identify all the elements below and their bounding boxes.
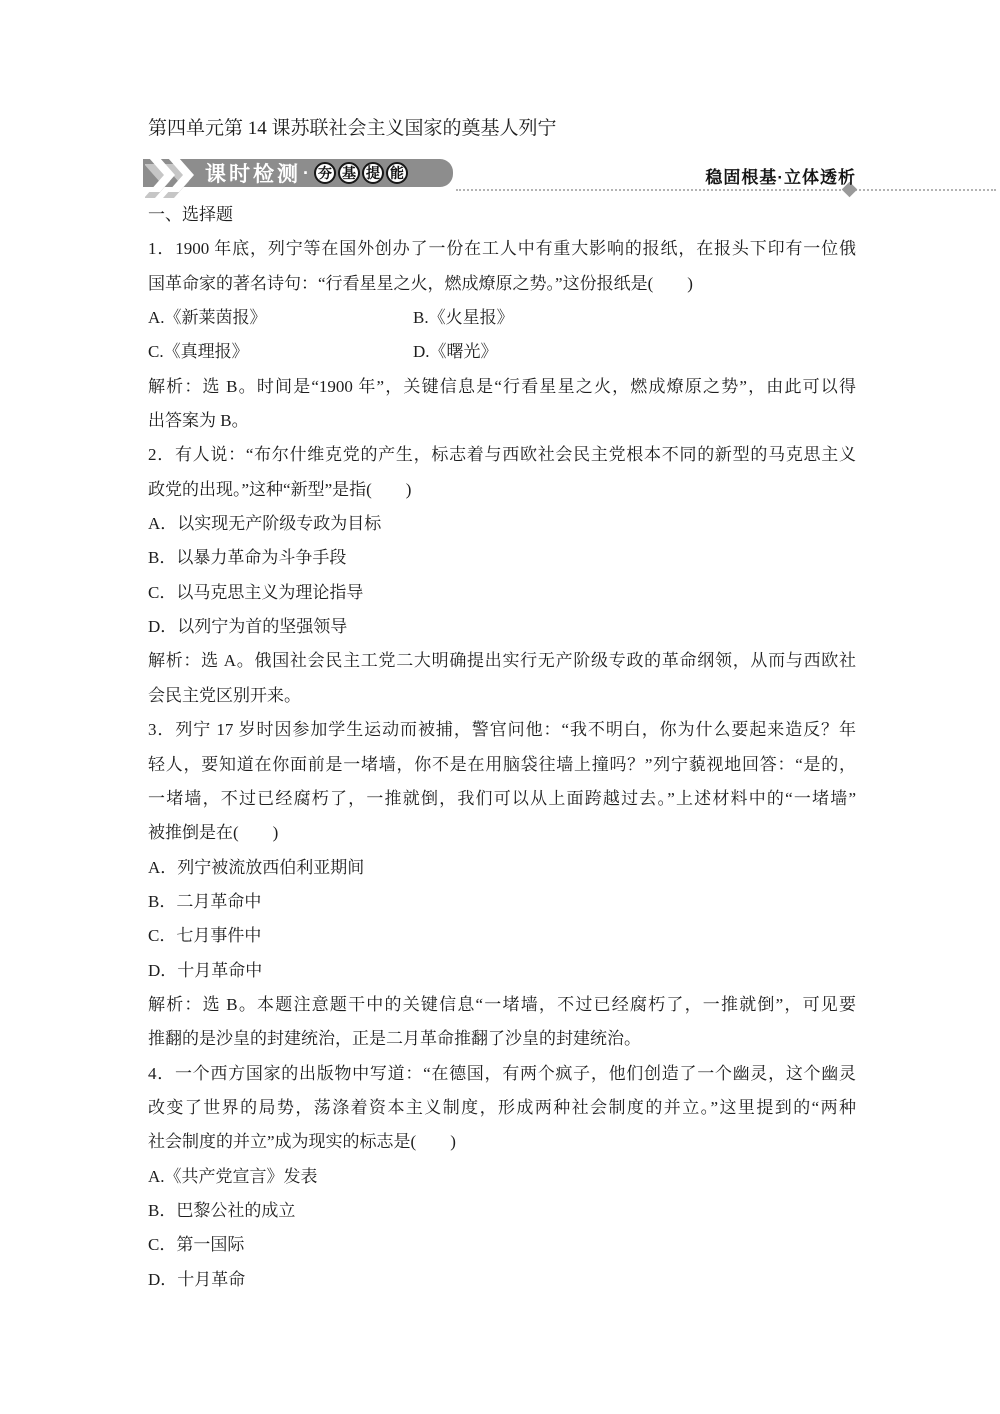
q4-stem-line-2: 改变了世界的局势，荡涤着资本主义制度，形成两种社会制度的并立。”这里提到的“两种	[148, 1091, 856, 1125]
q3-stem-line-3: 一堵墙，不过已经腐朽了，一推就倒，我们可以从上面跨越过去。”上述材料中的“一堵墙…	[148, 782, 856, 816]
circled-char: 基	[338, 162, 360, 184]
q2-option-b: B．以暴力革命为斗争手段	[148, 541, 856, 575]
q3-stem-line-2: 轻人，要知道在你面前是一堵墙，你不是在用脑袋往墙上撞吗？”列宁藐视地回答：“是的…	[148, 748, 856, 782]
q1-stem-line-1: 1．1900 年底，列宁等在国外创办了一份在工人中有重大影响的报纸，在报头下印有…	[148, 232, 856, 266]
q1-option-a: A.《新莱茵报》	[148, 301, 413, 335]
q3-option-c: C．七月事件中	[148, 919, 856, 953]
q4-stem-line-3: 社会制度的并立”成为现实的标志是( )	[148, 1125, 856, 1159]
q2-analysis-line-1: 解析：选 A。俄国社会民主工党二大明确提出实行无产阶级专政的革命纲领，从而与西欧…	[148, 644, 856, 678]
q4-option-a: A.《共产党宣言》发表	[148, 1160, 856, 1194]
q1-analysis-line-1: 解析：选 B。时间是“1900 年”，关键信息是“行看星星之火，燃成燎原之势”，…	[148, 370, 856, 404]
q2-option-c: C．以马克思主义为理论指导	[148, 576, 856, 610]
q4-option-d: D．十月革命	[148, 1263, 856, 1297]
circled-char: 夯	[314, 162, 336, 184]
q3-analysis-line-2: 推翻的是沙皇的封建统治，正是二月革命推翻了沙皇的封建统治。	[148, 1022, 856, 1056]
chevron-icon	[145, 155, 203, 201]
q4-option-b: B．巴黎公社的成立	[148, 1194, 856, 1228]
page-title: 第四单元第 14 课苏联社会主义国家的奠基人列宁	[148, 117, 557, 141]
q1-option-c: C.《真理报》	[148, 335, 413, 369]
worksheet-page: 第四单元第 14 课苏联社会主义国家的奠基人列宁 课时检测 · 夯 基 提 能 …	[148, 0, 856, 1414]
q2-analysis-line-2: 会民主党区别开来。	[148, 679, 856, 713]
q4-option-c: C．第一国际	[148, 1228, 856, 1262]
banner-separator-dot: ·	[303, 163, 309, 184]
q2-stem-line-2: 政党的出现。”这种“新型”是指( )	[148, 473, 856, 507]
q1-options-row-1: A.《新莱茵报》 B.《火星报》	[148, 301, 856, 335]
banner-tagline: 稳固根基·立体透析	[705, 163, 856, 188]
banner-title: 课时检测	[205, 158, 301, 188]
q1-analysis-line-2: 出答案为 B。	[148, 404, 856, 438]
q1-option-d: D.《曙光》	[413, 335, 856, 369]
q3-stem-line-1: 3．列宁 17 岁时因参加学生运动而被捕，警官问他：“我不明白，你为什么要起来造…	[148, 713, 856, 747]
question-list: 一、选择题 1．1900 年底，列宁等在国外创办了一份在工人中有重大影响的报纸，…	[148, 198, 856, 1297]
q3-option-d: D．十月革命中	[148, 954, 856, 988]
q3-option-b: B．二月革命中	[148, 885, 856, 919]
q2-option-d: D．以列宁为首的坚强领导	[148, 610, 856, 644]
q3-stem-line-4: 被推倒是在( )	[148, 816, 856, 850]
q3-option-a: A．列宁被流放西伯利亚期间	[148, 851, 856, 885]
q4-stem-line-1: 4．一个西方国家的出版物中写道：“在德国，有两个疯子，他们创造了一个幽灵，这个幽…	[148, 1057, 856, 1091]
q2-stem-line-1: 2．有人说：“布尔什维克党的产生，标志着与西欧社会民主党根本不同的新型的马克思主…	[148, 438, 856, 472]
section-heading: 一、选择题	[148, 198, 856, 232]
q1-stem-line-2: 国革命家的著名诗句：“行看星星之火，燃成燎原之势。”这份报纸是( )	[148, 267, 856, 301]
q2-option-a: A．以实现无产阶级专政为目标	[148, 507, 856, 541]
banner-bar: 课时检测 · 夯 基 提 能	[143, 159, 453, 187]
q3-analysis-line-1: 解析：选 B。本题注意题干中的关键信息“一堵墙，不过已经腐朽了，一推就倒”，可见…	[148, 988, 856, 1022]
q1-options-row-2: C.《真理报》 D.《曙光》	[148, 335, 856, 369]
q1-option-b: B.《火星报》	[413, 301, 856, 335]
circled-char: 能	[386, 162, 408, 184]
circled-char: 提	[362, 162, 384, 184]
